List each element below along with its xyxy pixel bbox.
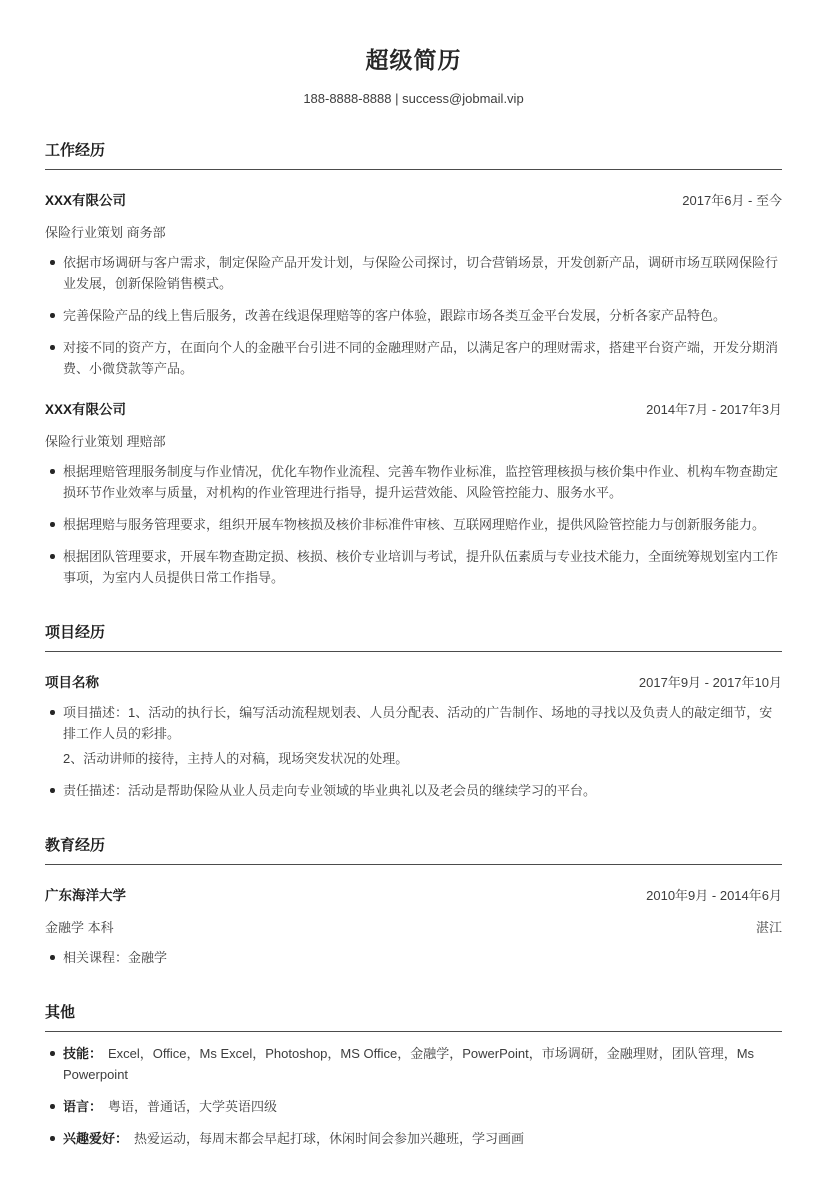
entry-date: 2014年7月 - 2017年3月: [646, 399, 782, 418]
section-heading-project: 项目经历: [45, 621, 782, 652]
languages-text: 粤语，普通话，大学英语四级: [108, 1099, 277, 1114]
role-title: 保险行业策划 商务部: [45, 222, 166, 241]
bullet-item: 对接不同的资产方，在面向个人的金融平台引进不同的金融理财产品，以满足客户的理财需…: [63, 337, 782, 379]
company-name: XXX有限公司: [45, 398, 126, 418]
work-entry-header: XXX有限公司 2017年6月 - 至今: [45, 189, 782, 209]
other-item-hobbies: 兴趣爱好：热爱运动，每周末都会早起打球，休闲时间会参加兴趣班，学习画画: [63, 1128, 782, 1149]
skills-label: 技能：: [63, 1046, 102, 1061]
skills-text: Excel，Office，Ms Excel，Photoshop，MS Offic…: [63, 1046, 754, 1082]
bullet-item: 相关课程：金融学: [63, 947, 782, 968]
education-bullet-list: 相关课程：金融学: [45, 947, 782, 968]
entry-date: 2010年9月 - 2014年6月: [646, 885, 782, 904]
bullet-item: 根据理赔管理服务制度与作业情况，优化车物作业流程、完善车物作业标准，监控管理核损…: [63, 461, 782, 503]
education-entry-header: 广东海洋大学 2010年9月 - 2014年6月: [45, 884, 782, 904]
section-heading-work: 工作经历: [45, 139, 782, 170]
work-entry: XXX有限公司 2014年7月 - 2017年3月 保险行业策划 理赔部 根据理…: [45, 398, 782, 588]
resume-title: 超级简历: [45, 42, 782, 75]
section-heading-education: 教育经历: [45, 834, 782, 865]
role-title: 保险行业策划 理赔部: [45, 431, 166, 450]
work-bullet-list: 依据市场调研与客户需求，制定保险产品开发计划，与保险公司探讨，切合营销场景，开发…: [45, 252, 782, 379]
education-entry: 广东海洋大学 2010年9月 - 2014年6月 金融学 本科 湛江 相关课程：…: [45, 884, 782, 968]
entry-date: 2017年9月 - 2017年10月: [639, 672, 782, 691]
section-project: 项目经历 项目名称 2017年9月 - 2017年10月 项目描述：1、活动的执…: [45, 621, 782, 801]
section-heading-other: 其他: [45, 1001, 782, 1032]
work-entry-role: 保险行业策划 理赔部: [45, 431, 782, 450]
contact-info: 188-8888-8888 | success@jobmail.vip: [45, 91, 782, 106]
school-name: 广东海洋大学: [45, 884, 126, 904]
section-education: 教育经历 广东海洋大学 2010年9月 - 2014年6月 金融学 本科 湛江 …: [45, 834, 782, 968]
section-work: 工作经历 XXX有限公司 2017年6月 - 至今 保险行业策划 商务部 依据市…: [45, 139, 782, 588]
other-item-skills: 技能：Excel，Office，Ms Excel，Photoshop，MS Of…: [63, 1043, 782, 1085]
bullet-line: 2、活动讲师的接待，主持人的对稿，现场突发状况的处理。: [63, 748, 782, 769]
resume-page: 超级简历 188-8888-8888 | success@jobmail.vip…: [0, 0, 826, 1179]
entry-date: 2017年6月 - 至今: [682, 190, 782, 209]
bullet-item: 完善保险产品的线上售后服务，改善在线退保理赔等的客户体验，跟踪市场各类互金平台发…: [63, 305, 782, 326]
company-name: XXX有限公司: [45, 189, 126, 209]
bullet-line: 项目描述：1、活动的执行长，编写活动流程规划表、人员分配表、活动的广告制作、场地…: [63, 702, 782, 744]
work-bullet-list: 根据理赔管理服务制度与作业情况，优化车物作业流程、完善车物作业标准，监控管理核损…: [45, 461, 782, 588]
education-entry-sub: 金融学 本科 湛江: [45, 917, 782, 936]
bullet-line: 责任描述：活动是帮助保险从业人员走向专业领域的毕业典礼以及老会员的继续学习的平台…: [63, 780, 782, 801]
bullet-item: 责任描述：活动是帮助保险从业人员走向专业领域的毕业典礼以及老会员的继续学习的平台…: [63, 780, 782, 801]
major-degree: 金融学 本科: [45, 917, 114, 936]
project-entry-header: 项目名称 2017年9月 - 2017年10月: [45, 671, 782, 691]
hobbies-text: 热爱运动，每周末都会早起打球，休闲时间会参加兴趣班，学习画画: [134, 1131, 524, 1146]
bullet-item: 根据理赔与服务管理要求，组织开展车物核损及核价非标准件审核、互联网理赔作业，提供…: [63, 514, 782, 535]
education-location: 湛江: [756, 917, 782, 936]
section-other: 其他 技能：Excel，Office，Ms Excel，Photoshop，MS…: [45, 1001, 782, 1149]
hobbies-label: 兴趣爱好：: [63, 1131, 128, 1146]
other-list: 技能：Excel，Office，Ms Excel，Photoshop，MS Of…: [45, 1043, 782, 1149]
bullet-item: 根据团队管理要求，开展车物查勘定损、核损、核价专业培训与考试，提升队伍素质与专业…: [63, 546, 782, 588]
work-entry: XXX有限公司 2017年6月 - 至今 保险行业策划 商务部 依据市场调研与客…: [45, 189, 782, 379]
project-name: 项目名称: [45, 671, 99, 691]
project-entry: 项目名称 2017年9月 - 2017年10月 项目描述：1、活动的执行长，编写…: [45, 671, 782, 801]
work-entry-header: XXX有限公司 2014年7月 - 2017年3月: [45, 398, 782, 418]
bullet-item: 项目描述：1、活动的执行长，编写活动流程规划表、人员分配表、活动的广告制作、场地…: [63, 702, 782, 769]
work-entry-role: 保险行业策划 商务部: [45, 222, 782, 241]
bullet-item: 依据市场调研与客户需求，制定保险产品开发计划，与保险公司探讨，切合营销场景，开发…: [63, 252, 782, 294]
project-bullet-list: 项目描述：1、活动的执行长，编写活动流程规划表、人员分配表、活动的广告制作、场地…: [45, 702, 782, 801]
languages-label: 语言：: [63, 1099, 102, 1114]
other-item-languages: 语言：粤语，普通话，大学英语四级: [63, 1096, 782, 1117]
